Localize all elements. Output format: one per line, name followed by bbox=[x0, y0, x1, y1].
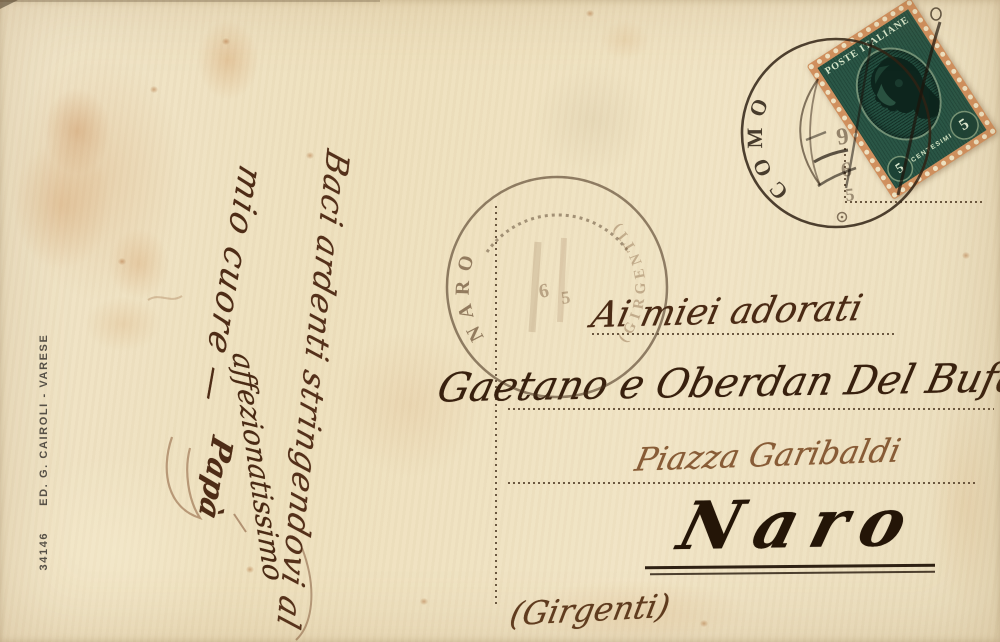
scan-edge-shadow bbox=[0, 0, 380, 2]
foxing-speck bbox=[222, 38, 230, 45]
como-postmark-date-digit: 5 bbox=[844, 184, 855, 205]
stain bbox=[84, 296, 162, 352]
foxing-speck bbox=[586, 10, 594, 17]
city-underline-second bbox=[650, 571, 935, 575]
stain bbox=[930, 400, 1000, 610]
foxing-speck bbox=[420, 598, 428, 605]
foxing-speck bbox=[306, 152, 314, 159]
stain bbox=[108, 228, 170, 300]
como-postmark-date-digit: 6 bbox=[839, 157, 853, 182]
como-postmark: COMO 9 6 5 bbox=[738, 35, 934, 231]
foxing-speck bbox=[962, 252, 970, 259]
svg-text:NARO: NARO bbox=[447, 243, 489, 346]
naro-postmark: NARO (GIRGENTI) 6 5 bbox=[442, 172, 672, 402]
stamp-denomination: 5 bbox=[956, 116, 972, 135]
message-line-3: affezionatissimo bbox=[225, 352, 291, 582]
stain bbox=[528, 60, 658, 180]
foxing-speck bbox=[118, 258, 126, 265]
stain bbox=[42, 86, 112, 176]
naro-postmark-smudge-arc bbox=[487, 215, 627, 252]
como-postmark-date-digit: 9 bbox=[835, 123, 851, 151]
stain bbox=[196, 18, 260, 102]
foxing-speck bbox=[150, 86, 158, 93]
naro-postmark-town-text: NARO bbox=[447, 243, 489, 346]
publisher-imprint: 34146ED. G. CAIROLI - VARESE bbox=[38, 334, 50, 571]
foxing-speck bbox=[700, 620, 708, 627]
faint-flourish bbox=[148, 296, 182, 300]
imprint-number: 34146 bbox=[38, 532, 50, 571]
naro-postmark-province-text: (GIRGENTI) bbox=[605, 215, 655, 347]
stain bbox=[8, 52, 188, 302]
naro-postmark-date-digit: 6 bbox=[537, 280, 551, 303]
stain bbox=[12, 140, 112, 270]
signature-dash bbox=[234, 514, 246, 532]
imprint-publisher: ED. G. CAIROLI - VARESE bbox=[38, 334, 50, 506]
stain bbox=[600, 20, 650, 60]
como-postmark-dot-center bbox=[841, 216, 844, 219]
address-street: Piazza Garibaldi bbox=[632, 431, 904, 479]
como-postmark-crescent-inner bbox=[810, 79, 820, 185]
svg-text:(GIRGENTI): (GIRGENTI) bbox=[605, 215, 655, 347]
foxing-speck bbox=[246, 566, 254, 573]
naro-postmark-date-digit: 5 bbox=[560, 287, 572, 308]
stray-postmark-dot bbox=[931, 8, 941, 20]
address-province: (Girgenti) bbox=[507, 587, 673, 634]
postcard-back: 34146ED. G. CAIROLI - VARESE NARO (GIRGE… bbox=[0, 0, 1000, 642]
address-city: Naro bbox=[671, 483, 930, 566]
naro-postmark-smudge bbox=[560, 238, 564, 322]
naro-postmark-text-group: NARO (GIRGENTI) bbox=[444, 191, 657, 384]
message-signature: Papà bbox=[191, 432, 239, 525]
